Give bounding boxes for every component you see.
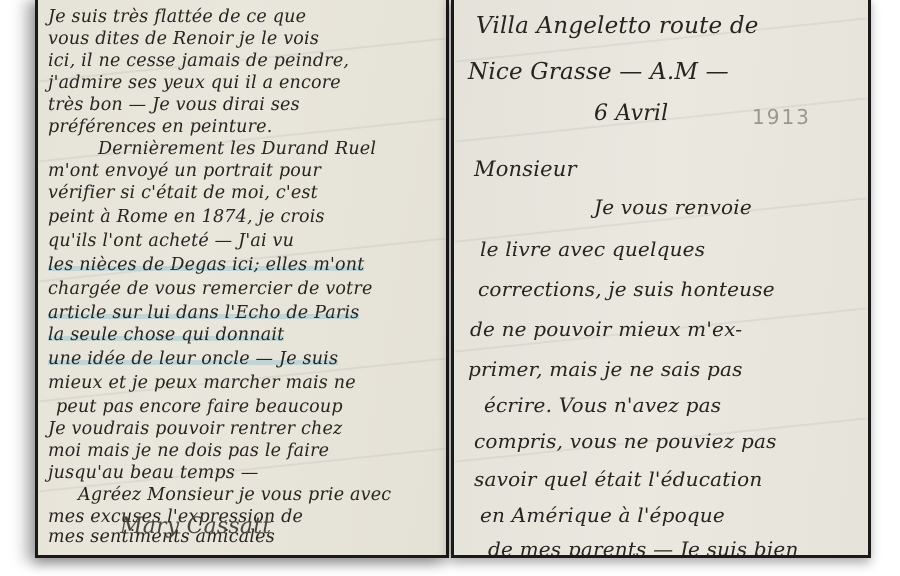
salutation: Monsieur <box>474 157 577 181</box>
handwritten-line: de mes parents — Je suis bien <box>488 537 799 558</box>
handwritten-line: savoir quel était l'éducation <box>474 467 762 491</box>
handwritten-line: peint à Rome en 1874, je crois <box>48 207 325 227</box>
handwritten-line: très bon — Je vous dirai ses <box>48 95 300 115</box>
address-line: Nice Grasse — A.M — <box>468 59 729 85</box>
signature: Mary Cassatt <box>120 514 271 539</box>
letter-spread: Je suis très flattée de ce que vous dite… <box>0 0 900 576</box>
handwritten-line: mieux et je peux marcher mais ne <box>48 373 356 393</box>
handwritten-line-indented: Je vous renvoie <box>594 195 752 219</box>
handwritten-line: écrire. Vous n'avez pas <box>484 393 721 417</box>
handwritten-line: primer, mais je ne sais pas <box>468 357 743 381</box>
pencil-year-annotation: 1913 <box>752 105 811 129</box>
handwritten-line: jusqu'au beau temps — <box>48 463 258 483</box>
handwritten-line: j'admire ses yeux qui il a encore <box>48 73 341 93</box>
handwritten-line: de ne pouvoir mieux m'ex- <box>470 317 742 341</box>
handwritten-line: Je voudrais pouvoir rentrer chez <box>48 419 342 439</box>
handwritten-line: moi mais je ne dois pas le faire <box>48 441 329 461</box>
handwritten-line: en Amérique à l'époque <box>480 503 725 527</box>
handwritten-line: vous dites de Renoir je le vois <box>48 29 319 49</box>
handwritten-line: qu'ils l'ont acheté — J'ai vu <box>48 231 294 251</box>
handwritten-line: préférences en peinture. <box>48 117 272 137</box>
handwritten-line: m'ont envoyé un portrait pour <box>48 161 321 181</box>
handwritten-line-highlighted: une idée de leur oncle — Je suis <box>48 349 338 369</box>
address-line: Villa Angeletto route de <box>476 13 759 39</box>
handwritten-line: le livre avec quelques <box>480 237 705 261</box>
handwritten-line: corrections, je suis honteuse <box>478 277 775 301</box>
handwritten-line: compris, vous ne pouviez pas <box>474 429 777 453</box>
letter-page-left: Je suis très flattée de ce que vous dite… <box>35 0 449 558</box>
handwritten-line-highlighted: les nièces de Degas ici; elles m'ont <box>48 255 364 275</box>
handwritten-line-indented: Agréez Monsieur je vous prie avec <box>78 485 391 505</box>
handwritten-line-highlighted: article sur lui dans l'Echo de Paris <box>48 303 359 323</box>
handwritten-line: Je suis très flattée de ce que <box>48 7 306 27</box>
handwritten-line: ici, il ne cesse jamais de peindre, <box>48 51 349 71</box>
letter-date: 6 Avril <box>594 101 668 126</box>
letter-page-right: Villa Angeletto route de Nice Grasse — A… <box>451 0 871 558</box>
handwritten-line: peut pas encore faire beaucoup <box>56 397 343 417</box>
handwritten-line: vérifier si c'était de moi, c'est <box>48 183 318 203</box>
handwritten-line: chargée de vous remercier de votre <box>48 279 373 299</box>
handwritten-line-highlighted: la seule chose qui donnait <box>48 325 284 345</box>
handwritten-line-indented: Dernièrement les Durand Ruel <box>98 139 376 159</box>
